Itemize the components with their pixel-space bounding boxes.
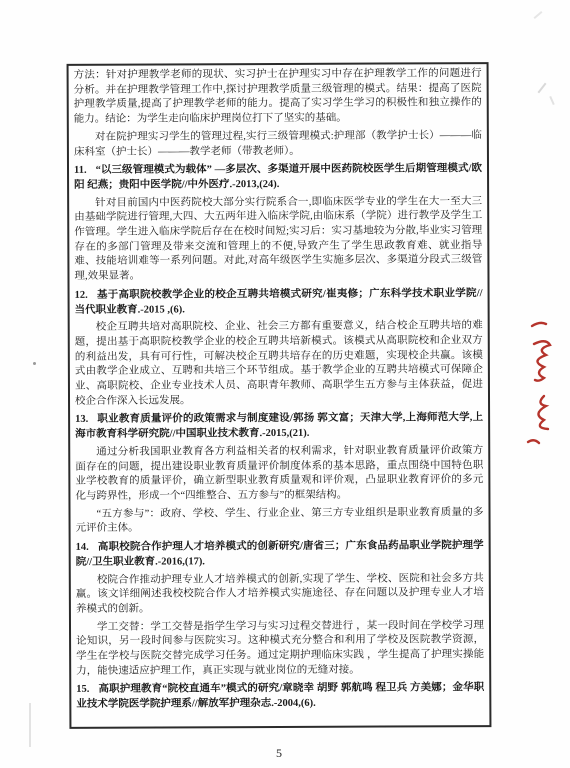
entry-12-heading: 12.基于高职院校教学企业的校企互聘共培模式研究/崔夷修；广东科学技术职业学院/… [75,287,483,318]
entry-15-number: 15. [76,684,89,695]
scan-artifact [29,703,31,747]
entry-12-abstract: 校企互聘共培对高职院校、企业、社会三方都有重要意义，结合校企互聘共培的难题，提出… [75,319,483,409]
entry-12-number: 12. [75,290,88,301]
entry-13-note: “五方参与”：政府、学校、学生、行业企业、第三方专业组织是职业教育质量的多元评价… [75,506,483,537]
entry-13-heading: 13.职业教育质量评价的政策需求与制度建设/郭扬 郭文富；天津大学,上海师范大学… [75,412,483,443]
intro-paragraph-tiered-model: 对在院护理实习学生的管理过程,实行三级管理模式:护理部（教学护士长）———临床科… [74,129,482,160]
page-number: 5 [68,746,490,761]
entry-13-citation: 职业教育质量评价的政策需求与制度建设/郭扬 郭文富；天津大学,上海师范大学,上海… [75,413,483,440]
entry-15-heading: 15.高职护理教育“院校直通车”模式的研究/章晓幸 胡野 郭航鸣 程卫兵 方美娜… [76,682,484,713]
entry-11-heading: 11.“以三级管理模式为载体” —多层次、多渠道开展中医药院校医学生后期管理模式… [74,162,482,193]
entry-14-abstract: 校院合作推动护理专业人才培养模式的创新,实现了学生、学校、医院和社会多方共赢。该… [76,572,484,618]
scan-artifact [33,362,36,365]
scanned-document-page: 方法：针对护理教学老师的现状、实习护士在护理实习中存在护理教学工作的问题进行分析… [0,0,570,768]
entry-11-number: 11. [74,165,87,176]
content-frame: 方法：针对护理教学老师的现状、实习护士在护理实习中存在护理教学工作的问题进行分析… [67,62,492,729]
entry-13-abstract: 通过分析我国职业教育各方利益相关者的权利需求，针对职业教育质量评价政策方面存在的… [75,444,483,505]
intro-paragraph-methods: 方法：针对护理教学老师的现状、实习护士在护理实习中存在护理教学工作的问题进行分析… [74,67,482,128]
entry-15-citation: 高职护理教育“院校直通车”模式的研究/章晓幸 胡野 郭航鸣 程卫兵 方美娜；金华… [76,683,484,710]
entry-11-citation: “以三级管理模式为载体” —多层次、多渠道开展中医药院校医学生后期管理模式/欧阳… [74,163,482,190]
scan-artifact [538,83,547,94]
entry-14-number: 14. [76,542,89,553]
entry-12-citation: 基于高职院校教学企业的校企互聘共培模式研究/崔夷修；广东科学技术职业学院//当代… [75,288,483,315]
entry-11-abstract: 针对目前国内中医药院校大部分实行院系合一,即临床医学专业的学生在大一至大三由基础… [74,195,482,285]
red-ink-margin-note [514,318,566,450]
scan-artifact [549,96,554,105]
entry-14-work-study-note: 学工交替：学工交替是指学生学习与实习过程交替进行 ，某一段时间在学校学习理论知识… [76,619,484,680]
entry-14-heading: 14.高职校院合作护理人才培养模式的创新研究/唐省三；广东食品药品职业学院护理学… [76,539,484,570]
scan-artifact [534,11,543,19]
entry-13-number: 13. [75,414,88,425]
entry-14-citation: 高职校院合作护理人才培养模式的创新研究/唐省三；广东食品药品职业学院护理学院//… [76,540,484,567]
